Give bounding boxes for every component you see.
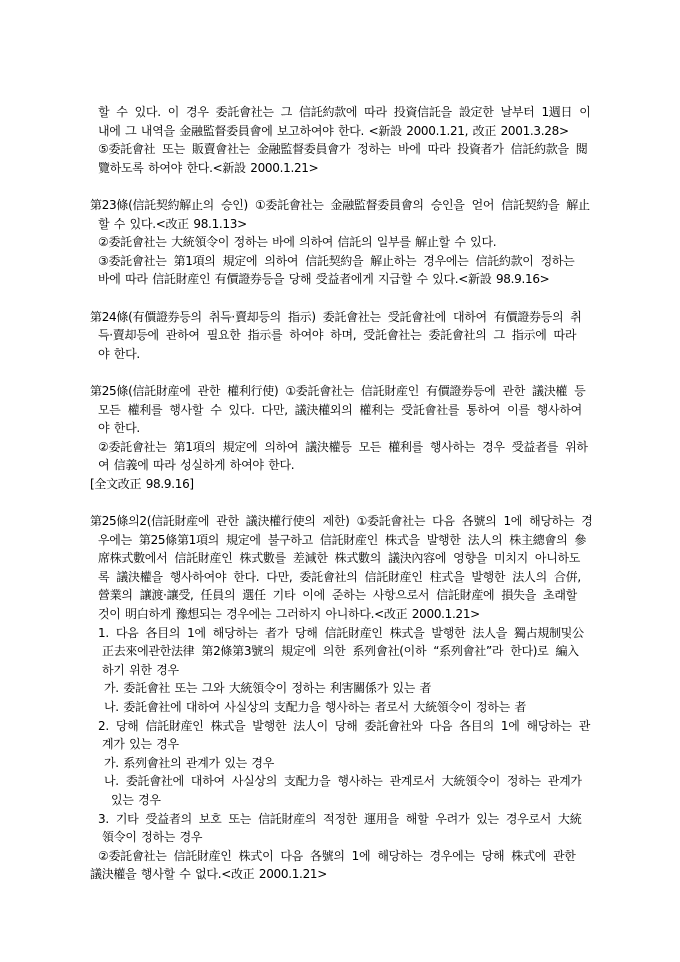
text-line: ②委託會社는 信託財産인 株式이 다음 各號의 1에 해당하는 경우에는 당해 … <box>98 847 612 866</box>
article-23: 第23條(信託契約解止의 승인) ①委託會社는 金融監督委員會의 승인을 얻어 … <box>90 196 612 289</box>
article-24: 第24條(有價證券등의 취득·賣却등의 指示) 委託會社는 受託會社에 대하여 … <box>90 308 612 364</box>
text-line: 모든 權利를 행사할 수 있다. 다만, 議決權외의 權利는 受託會社를 통하여… <box>98 401 612 420</box>
text-line: ⑤委託會社 또는 販賣會社는 金融監督委員會가 정하는 바에 따라 投資者가 信… <box>98 140 612 159</box>
text-line: 1. 다음 各目의 1에 해당하는 者가 당해 信託財産인 株式을 발행한 法人… <box>98 624 612 643</box>
text-line: 議決權을 행사할 수 없다.<改正 2000.1.21> <box>90 865 612 884</box>
text-line: 3. 기타 受益者의 보호 또는 信託財産의 적정한 運用을 해할 우려가 있는… <box>98 810 612 829</box>
text-line: 나. 委託會社에 대하여 사실상의 支配力을 행사하는 관계로서 大統領令이 정… <box>104 772 612 791</box>
text-line: 할 수 있다.<改正 98.1.13> <box>98 215 612 234</box>
text-line: 있는 경우 <box>111 791 612 810</box>
text-line: 가. 系列會社의 관계가 있는 경우 <box>104 754 612 773</box>
text-line: 第25條(信託財産에 관한 權利行使) ①委託會社는 信託財産인 有價證券등에 … <box>90 382 612 401</box>
document-text-area: 할 수 있다. 이 경우 委託會社는 그 信託約款에 따라 投資信託을 設定한 … <box>90 103 612 884</box>
text-line: 득·賣却등에 관하여 필요한 指示를 하여야 하며, 受託會社는 委託會社의 그… <box>98 326 612 345</box>
text-line: 나. 委託會社에 대하여 사실상의 支配力을 행사하는 者로서 大統領令이 정하… <box>104 698 612 717</box>
continued-paragraph: 할 수 있다. 이 경우 委託會社는 그 信託約款에 따라 投資信託을 設定한 … <box>90 103 612 177</box>
document-page: 할 수 있다. 이 경우 委託會社는 그 信託約款에 따라 投資信託을 設定한 … <box>0 0 680 962</box>
text-line: ②委託會社는 第1項의 規定에 의하여 議決權등 모든 權利를 행사하는 경우 … <box>98 438 612 457</box>
text-line: 席株式數에서 信託財産인 株式數를 差減한 株式數의 議決內容에 영향을 미치지… <box>98 549 612 568</box>
text-line: 正去來에관한法律 第2條第3號의 規定에 의한 系列會社(이하 “系列會社”라 … <box>102 642 612 661</box>
text-line: [全文改正 98.9.16] <box>90 475 612 494</box>
text-line: 第24條(有價證券등의 취득·賣却등의 指示) 委託會社는 受託會社에 대하여 … <box>90 308 612 327</box>
article-25-2: 第25條의2(信託財産에 관한 議決權行使의 제한) ①委託會社는 다음 各號의… <box>90 512 612 884</box>
text-line: 여 信義에 따라 성실하게 하여야 한다. <box>98 456 612 475</box>
text-line: 것이 明白하게 豫想되는 경우에는 그러하지 아니하다.<改正 2000.1.2… <box>98 605 612 624</box>
text-line: 가. 委託會社 또는 그와 大統領令이 정하는 利害關係가 있는 者 <box>104 679 612 698</box>
text-line: 우에는 第25條第1項의 規定에 불구하고 信託財産인 株式을 발행한 法人의 … <box>98 531 612 550</box>
text-line: 바에 따라 信託財産인 有價證券등을 당해 受益者에게 지급할 수 있다.<新設… <box>98 270 612 289</box>
article-25: 第25條(信託財産에 관한 權利行使) ①委託會社는 信託財産인 有價證券등에 … <box>90 382 612 494</box>
text-line: 覽하도록 하여야 한다.<新設 2000.1.21> <box>98 159 612 178</box>
text-line: 내에 그 내역을 金融監督委員會에 보고하여야 한다. <新設 2000.1.2… <box>98 122 612 141</box>
text-line: 계가 있는 경우 <box>102 735 612 754</box>
text-line: 야 한다. <box>98 419 612 438</box>
text-line: ③委託會社는 第1項의 規定에 의하여 信託契約을 解止하는 경우에는 信託約款… <box>98 252 612 271</box>
text-line: ②委託會社는 大統領令이 정하는 바에 의하여 信託의 일부를 解止할 수 있다… <box>98 233 612 252</box>
text-line: 록 議決權을 행사하여야 한다. 다만, 委託會社의 信託財産인 柱式을 발행한… <box>98 568 612 587</box>
text-line: 하기 위한 경우 <box>102 661 612 680</box>
text-line: 할 수 있다. 이 경우 委託會社는 그 信託約款에 따라 投資信託을 設定한 … <box>98 103 612 122</box>
text-line: 야 한다. <box>98 345 612 364</box>
text-line: 第23條(信託契約解止의 승인) ①委託會社는 金融監督委員會의 승인을 얻어 … <box>90 196 612 215</box>
text-line: 第25條의2(信託財産에 관한 議決權行使의 제한) ①委託會社는 다음 各號의… <box>90 512 612 531</box>
text-line: 領令이 정하는 경우 <box>102 828 612 847</box>
text-line: 2. 당해 信託財産인 株式을 발행한 法人이 당해 委託會社와 다음 各目의 … <box>98 717 612 736</box>
text-line: 營業의 讓渡·讓受, 任員의 選任 기타 이에 준하는 사항으로서 信託財産에 … <box>98 586 612 605</box>
